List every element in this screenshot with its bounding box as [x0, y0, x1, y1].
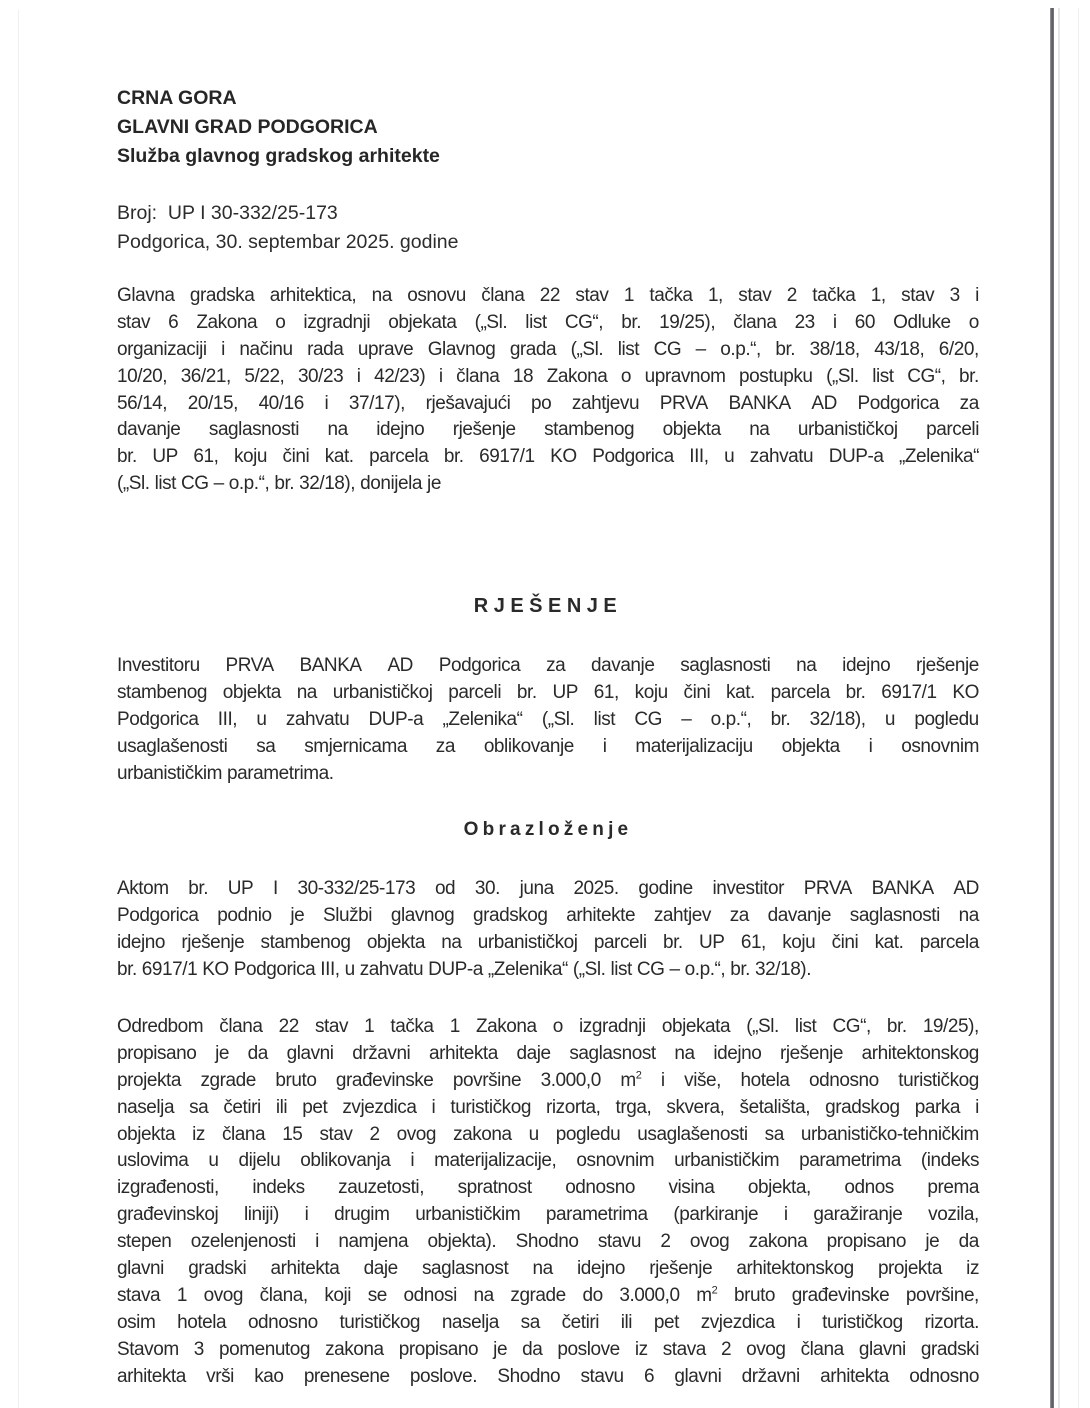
intro-paragraph: Glavnagradskaarhitektica,naosnovučlana22… — [117, 283, 979, 498]
reasoning-title: Obrazloženje — [117, 819, 979, 841]
document-page: CRNA GORA GLAVNI GRAD PODGORICA Služba g… — [0, 0, 1090, 1408]
text-line: stambenogobjektanaurbanističkojparcelibr… — [117, 680, 979, 707]
text-line: Glavnagradskaarhitektica,naosnovučlana22… — [117, 283, 979, 310]
text-line: idejnorješenjestambenogobjektanaurbanist… — [117, 930, 979, 957]
scan-edge-left — [18, 10, 19, 1408]
text-line: naseljasačetiriilipetzvjezdicaiturističk… — [117, 1095, 979, 1122]
text-line: stav6Zakonaoizgradnjiobjekata(„Sl.listCG… — [117, 310, 979, 337]
text-line: PodgoricaIII,uzahvatuDUP-a„Zelenika“(„Sl… — [117, 707, 979, 734]
text-line: propisanojedaglavnidržavniarhitektadajes… — [117, 1041, 979, 1068]
text-line: stava1ovogčlana,kojiseodnosinazgradedo3.… — [117, 1283, 979, 1310]
decision-title: RJEŠENJE — [117, 595, 979, 618]
text-line: uslovimaudijeluoblikovanjaimaterijalizac… — [117, 1148, 979, 1175]
decision-paragraph: InvestitoruPRVABANKAADPodgoricazadavanje… — [117, 653, 979, 787]
text-line: građevinskojliniji)idrugimurbanističkimp… — [117, 1202, 979, 1229]
document-date: Podgorica, 30. septembar 2025. godine — [117, 228, 459, 257]
scan-edge-right-highlight — [1058, 8, 1060, 1408]
header-country: CRNA GORA — [117, 84, 237, 113]
scan-edge-right — [1050, 8, 1054, 1408]
text-line: usaglašenostisasmjernicamazaoblikovanjei… — [117, 734, 979, 761]
text-line: InvestitoruPRVABANKAADPodgoricazadavanje… — [117, 653, 979, 680]
text-line: organizacijiinačinuradaupraveGlavnoggrad… — [117, 337, 979, 364]
text-line: izgrađenosti,indekszauzetosti,spratnosto… — [117, 1175, 979, 1202]
text-line: Aktombr.UPI30-332/25-173od30.juna2025.go… — [117, 876, 979, 903]
text-line: glavnigradskiarhitektadajesaglasnostnaid… — [117, 1256, 979, 1283]
header-city: GLAVNI GRAD PODGORICA — [117, 113, 378, 142]
text-line: Stavom3pomenutogzakonapropisanojedaposlo… — [117, 1337, 979, 1364]
header-office: Služba glavnog gradskog arhitekte — [117, 142, 440, 171]
text-line: davanjesaglasnostinaidejnorješenjestambe… — [117, 417, 979, 444]
text-line: arhitektavršikaopreneseneposlove.Shodnos… — [117, 1364, 979, 1391]
scan-edge-right-faint — [1078, 8, 1079, 1408]
text-line: br.UP61,kojučinikat.parcelabr.6917/1KOPo… — [117, 444, 979, 471]
text-line: („Sl.listCG–o.p.“,br.32/18),donijelaje — [117, 471, 979, 498]
text-line: stepenozelenjenostiinamjenaobjekta).Shod… — [117, 1229, 979, 1256]
text-line: 56/14,20/15,40/16i37/17),rješavajućipoza… — [117, 391, 979, 418]
text-line: objektaizčlana15stav2ovogzakonaupogleduu… — [117, 1122, 979, 1149]
text-line: osimhotelaodnosnoturističkognaseljasačet… — [117, 1310, 979, 1337]
text-line: br.6917/1KOPodgoricaIII,uzahvatuDUP-a„Ze… — [117, 957, 979, 984]
text-line: projektazgradebrutograđevinskepovršine3.… — [117, 1068, 979, 1095]
document-number: Broj: UP I 30-332/25-173 — [117, 199, 338, 228]
text-line: PodgoricapodniojeSlužbiglavnoggradskogar… — [117, 903, 979, 930]
reasoning-paragraph-1: Aktombr.UPI30-332/25-173od30.juna2025.go… — [117, 876, 979, 984]
text-line: urbanističkimparametrima. — [117, 761, 979, 788]
text-line: Odredbomčlana22stav1tačka1Zakonaoizgradn… — [117, 1014, 979, 1041]
text-line: 10/20,36/21,5/22,30/23i42/23)ičlana18Zak… — [117, 364, 979, 391]
reasoning-paragraph-2: Odredbomčlana22stav1tačka1Zakonaoizgradn… — [117, 1014, 979, 1390]
